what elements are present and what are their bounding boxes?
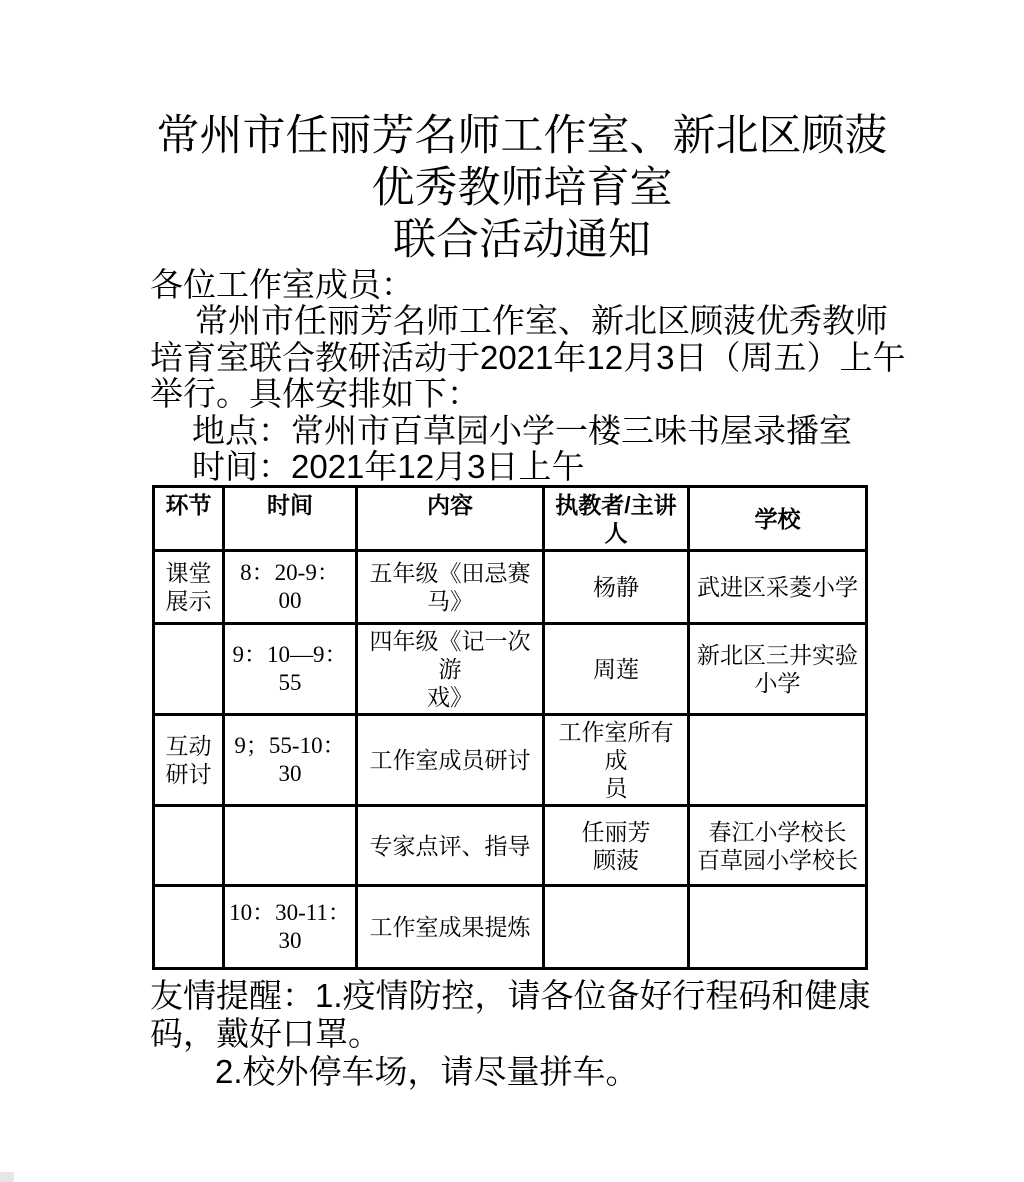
table-cell-speaker: 杨静 bbox=[544, 551, 689, 624]
table-cell-speaker: 任丽芳 顾菠 bbox=[544, 806, 689, 886]
table-cell-school bbox=[689, 715, 867, 806]
notice-title: 常州市任丽芳名师工作室、新北区顾菠 优秀教师培育室 联合活动通知 bbox=[150, 110, 894, 266]
schedule-table: 环节 时间 内容 执教者/主讲 人 学校 课堂 展示 8：20-9：00 五年级… bbox=[152, 485, 868, 970]
header-stage: 环节 bbox=[154, 487, 224, 551]
table-cell-school bbox=[689, 886, 867, 969]
table-cell-school: 春江小学校长 百草园小学校长 bbox=[689, 806, 867, 886]
table-cell-stage: 课堂 展示 bbox=[154, 551, 224, 624]
title-line-3: 联合活动通知 bbox=[150, 214, 894, 266]
table-cell-stage bbox=[154, 806, 224, 886]
footer-line-1: 友情提醒：1.疫情防控，请各位备好行程码和健康 bbox=[150, 977, 894, 1015]
scan-artifact bbox=[0, 1172, 14, 1182]
body-paragraph-line-3: 举行。具体安排如下： bbox=[150, 376, 894, 412]
table-cell-stage: 互动 研讨 bbox=[154, 715, 224, 806]
time-line: 时间：2021年12月3日上午 bbox=[150, 449, 894, 485]
footer-line-3: 2.校外停车场，请尽量拼车。 bbox=[150, 1053, 894, 1091]
table-cell-stage bbox=[154, 624, 224, 715]
table-row: 专家点评、指导 任丽芳 顾菠 春江小学校长 百草园小学校长 bbox=[154, 806, 867, 886]
table-cell-content: 工作室成员研讨 bbox=[357, 715, 544, 806]
location-line: 地点：常州市百草园小学一楼三味书屋录播室 bbox=[150, 413, 894, 449]
header-time: 时间 bbox=[224, 487, 357, 551]
salutation: 各位工作室成员： bbox=[150, 267, 894, 303]
table-cell-school: 武进区采菱小学 bbox=[689, 551, 867, 624]
body-paragraph-line-2: 培育室联合教研活动于2021年12月3日（周五）上午 bbox=[150, 340, 894, 376]
notice-body: 各位工作室成员： 常州市任丽芳名师工作室、新北区顾菠优秀教师 培育室联合教研活动… bbox=[150, 267, 894, 485]
document-page: 常州市任丽芳名师工作室、新北区顾菠 优秀教师培育室 联合活动通知 各位工作室成员… bbox=[0, 0, 1024, 1182]
table-cell-speaker: 工作室所有成 员 bbox=[544, 715, 689, 806]
footer-line-2: 码，戴好口罩。 bbox=[150, 1015, 894, 1053]
table-cell-stage bbox=[154, 886, 224, 969]
header-content: 内容 bbox=[357, 487, 544, 551]
table-cell-school: 新北区三井实验 小学 bbox=[689, 624, 867, 715]
table-cell-time: 9：10—9：55 bbox=[224, 624, 357, 715]
notice-footer: 友情提醒：1.疫情防控，请各位备好行程码和健康 码，戴好口罩。 2.校外停车场，… bbox=[150, 977, 894, 1091]
table-row: 10：30-11： 30 工作室成果提炼 bbox=[154, 886, 867, 969]
table-cell-time: 8：20-9：00 bbox=[224, 551, 357, 624]
table-row: 9：10—9：55 四年级《记一次游 戏》 周莲 新北区三井实验 小学 bbox=[154, 624, 867, 715]
title-line-2: 优秀教师培育室 bbox=[150, 162, 894, 214]
table-row: 互动 研讨 9；55-10：30 工作室成员研讨 工作室所有成 员 bbox=[154, 715, 867, 806]
header-speaker: 执教者/主讲 人 bbox=[544, 487, 689, 551]
table-header-row: 环节 时间 内容 执教者/主讲 人 学校 bbox=[154, 487, 867, 551]
table-cell-time bbox=[224, 806, 357, 886]
table-cell-time: 9；55-10：30 bbox=[224, 715, 357, 806]
title-line-1: 常州市任丽芳名师工作室、新北区顾菠 bbox=[150, 110, 894, 162]
table-cell-content: 五年级《田忌赛 马》 bbox=[357, 551, 544, 624]
table-cell-content: 四年级《记一次游 戏》 bbox=[357, 624, 544, 715]
table-row: 课堂 展示 8：20-9：00 五年级《田忌赛 马》 杨静 武进区采菱小学 bbox=[154, 551, 867, 624]
header-school: 学校 bbox=[689, 487, 867, 551]
table-cell-time: 10：30-11： 30 bbox=[224, 886, 357, 969]
table-cell-speaker: 周莲 bbox=[544, 624, 689, 715]
document-content: 常州市任丽芳名师工作室、新北区顾菠 优秀教师培育室 联合活动通知 各位工作室成员… bbox=[150, 0, 894, 1091]
body-paragraph-line-1: 常州市任丽芳名师工作室、新北区顾菠优秀教师 bbox=[150, 303, 894, 339]
table-cell-content: 专家点评、指导 bbox=[357, 806, 544, 886]
table-cell-speaker bbox=[544, 886, 689, 969]
table-cell-content: 工作室成果提炼 bbox=[357, 886, 544, 969]
